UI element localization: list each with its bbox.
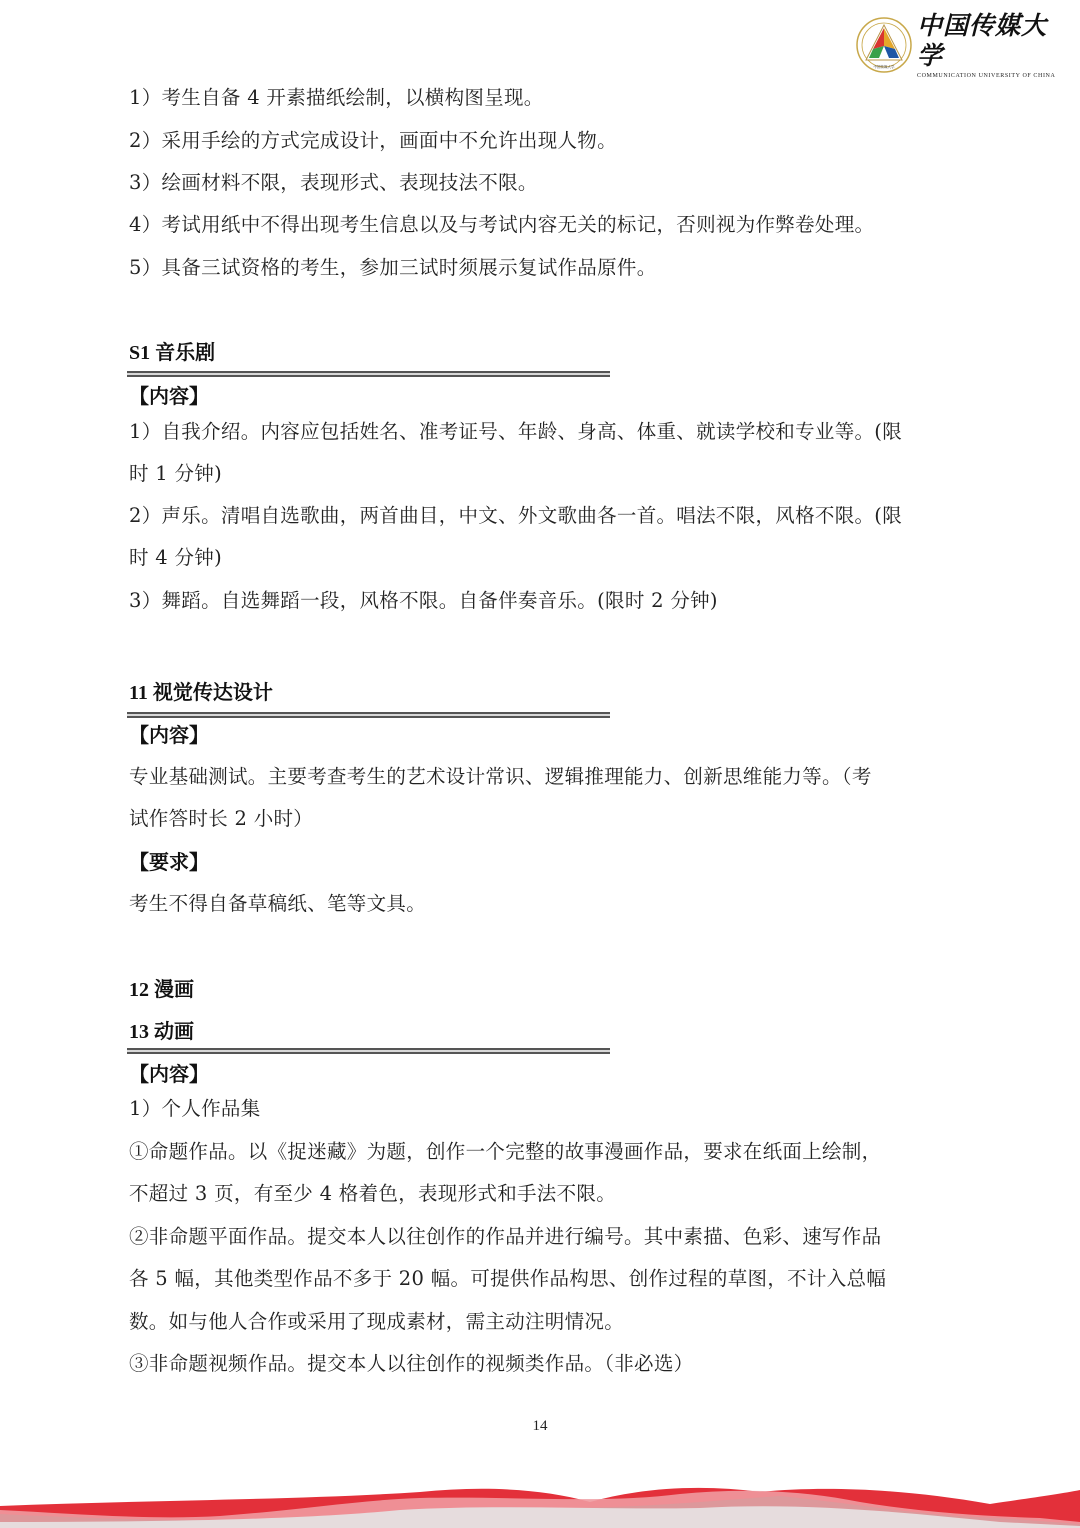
- university-emblem-icon: 中国传媒大学: [855, 16, 913, 74]
- page-number: 14: [0, 1418, 1080, 1435]
- content-line: 各 5 幅，其他类型作品不多于 20 幅。可提供作品构思、创作过程的草图，不计入…: [129, 1267, 886, 1291]
- university-logo: 中国传媒大学 中国传媒大学 COMMUNICATION UNIVERSITY O…: [855, 16, 1060, 74]
- content-line: 1）个人作品集: [129, 1097, 261, 1121]
- section-title-s1: S1 音乐剧: [129, 341, 215, 365]
- content-line: ①命题作品。以《捉迷藏》为题，创作一个完整的故事漫画作品，要求在纸面上绘制，: [129, 1140, 881, 1164]
- requirement-item: 3）绘画材料不限，表现形式、表现技法不限。: [129, 171, 538, 195]
- section-title-13: 13 动画: [129, 1020, 194, 1044]
- requirement-line: 考生不得自备草稿纸、笔等文具。: [129, 892, 426, 916]
- footer-wave-decoration: [0, 1478, 1080, 1528]
- requirement-item: 4）考试用纸中不得出现考生信息以及与考试内容无关的标记，否则视为作弊卷处理。: [129, 213, 874, 237]
- content-line: 3）舞蹈。自选舞蹈一段，风格不限。自备伴奏音乐。(限时 2 分钟): [129, 589, 718, 613]
- content-line: 专业基础测试。主要考查考生的艺术设计常识、逻辑推理能力、创新思维能力等。（考: [129, 765, 872, 789]
- university-name-en: COMMUNICATION UNIVERSITY OF CHINA: [917, 73, 1060, 79]
- university-name-cn: 中国传媒大学: [917, 11, 1060, 71]
- content-line: 试作答时长 2 小时）: [129, 807, 313, 831]
- content-line: 2）声乐。清唱自选歌曲，两首曲目，中文、外文歌曲各一首。唱法不限，风格不限。(限: [129, 504, 902, 528]
- content-line: 时 1 分钟): [129, 462, 222, 486]
- requirement-item: 5）具备三试资格的考生，参加三试时须展示复试作品原件。: [129, 256, 657, 280]
- section-divider: [127, 371, 610, 377]
- requirement-label: 【要求】: [129, 850, 209, 874]
- requirement-item: 2）采用手绘的方式完成设计，画面中不允许出现人物。: [129, 129, 617, 153]
- content-label: 【内容】: [129, 384, 209, 408]
- section-divider: [127, 712, 610, 718]
- document-page: 中国传媒大学 中国传媒大学 COMMUNICATION UNIVERSITY O…: [0, 0, 1080, 1528]
- section-title-11: 11 视觉传达设计: [129, 681, 273, 705]
- content-label: 【内容】: [129, 723, 209, 747]
- content-line: 1）自我介绍。内容应包括姓名、准考证号、年龄、身高、体重、就读学校和专业等。(限: [129, 420, 902, 444]
- svg-text:中国传媒大学: 中国传媒大学: [874, 64, 895, 69]
- content-label: 【内容】: [129, 1062, 209, 1086]
- content-line: 时 4 分钟): [129, 546, 222, 570]
- content-line: 不超过 3 页，有至少 4 格着色，表现形式和手法不限。: [129, 1182, 616, 1206]
- section-divider: [127, 1048, 610, 1054]
- requirement-item: 1）考生自备 4 开素描纸绘制，以横构图呈现。: [129, 86, 544, 110]
- content-line: 数。如与他人合作或采用了现成素材，需主动注明情况。: [129, 1310, 624, 1334]
- section-title-12: 12 漫画: [129, 978, 194, 1002]
- content-line: ②非命题平面作品。提交本人以往创作的作品并进行编号。其中素描、色彩、速写作品: [129, 1225, 881, 1249]
- content-line: ③非命题视频作品。提交本人以往创作的视频类作品。（非必选）: [129, 1352, 693, 1376]
